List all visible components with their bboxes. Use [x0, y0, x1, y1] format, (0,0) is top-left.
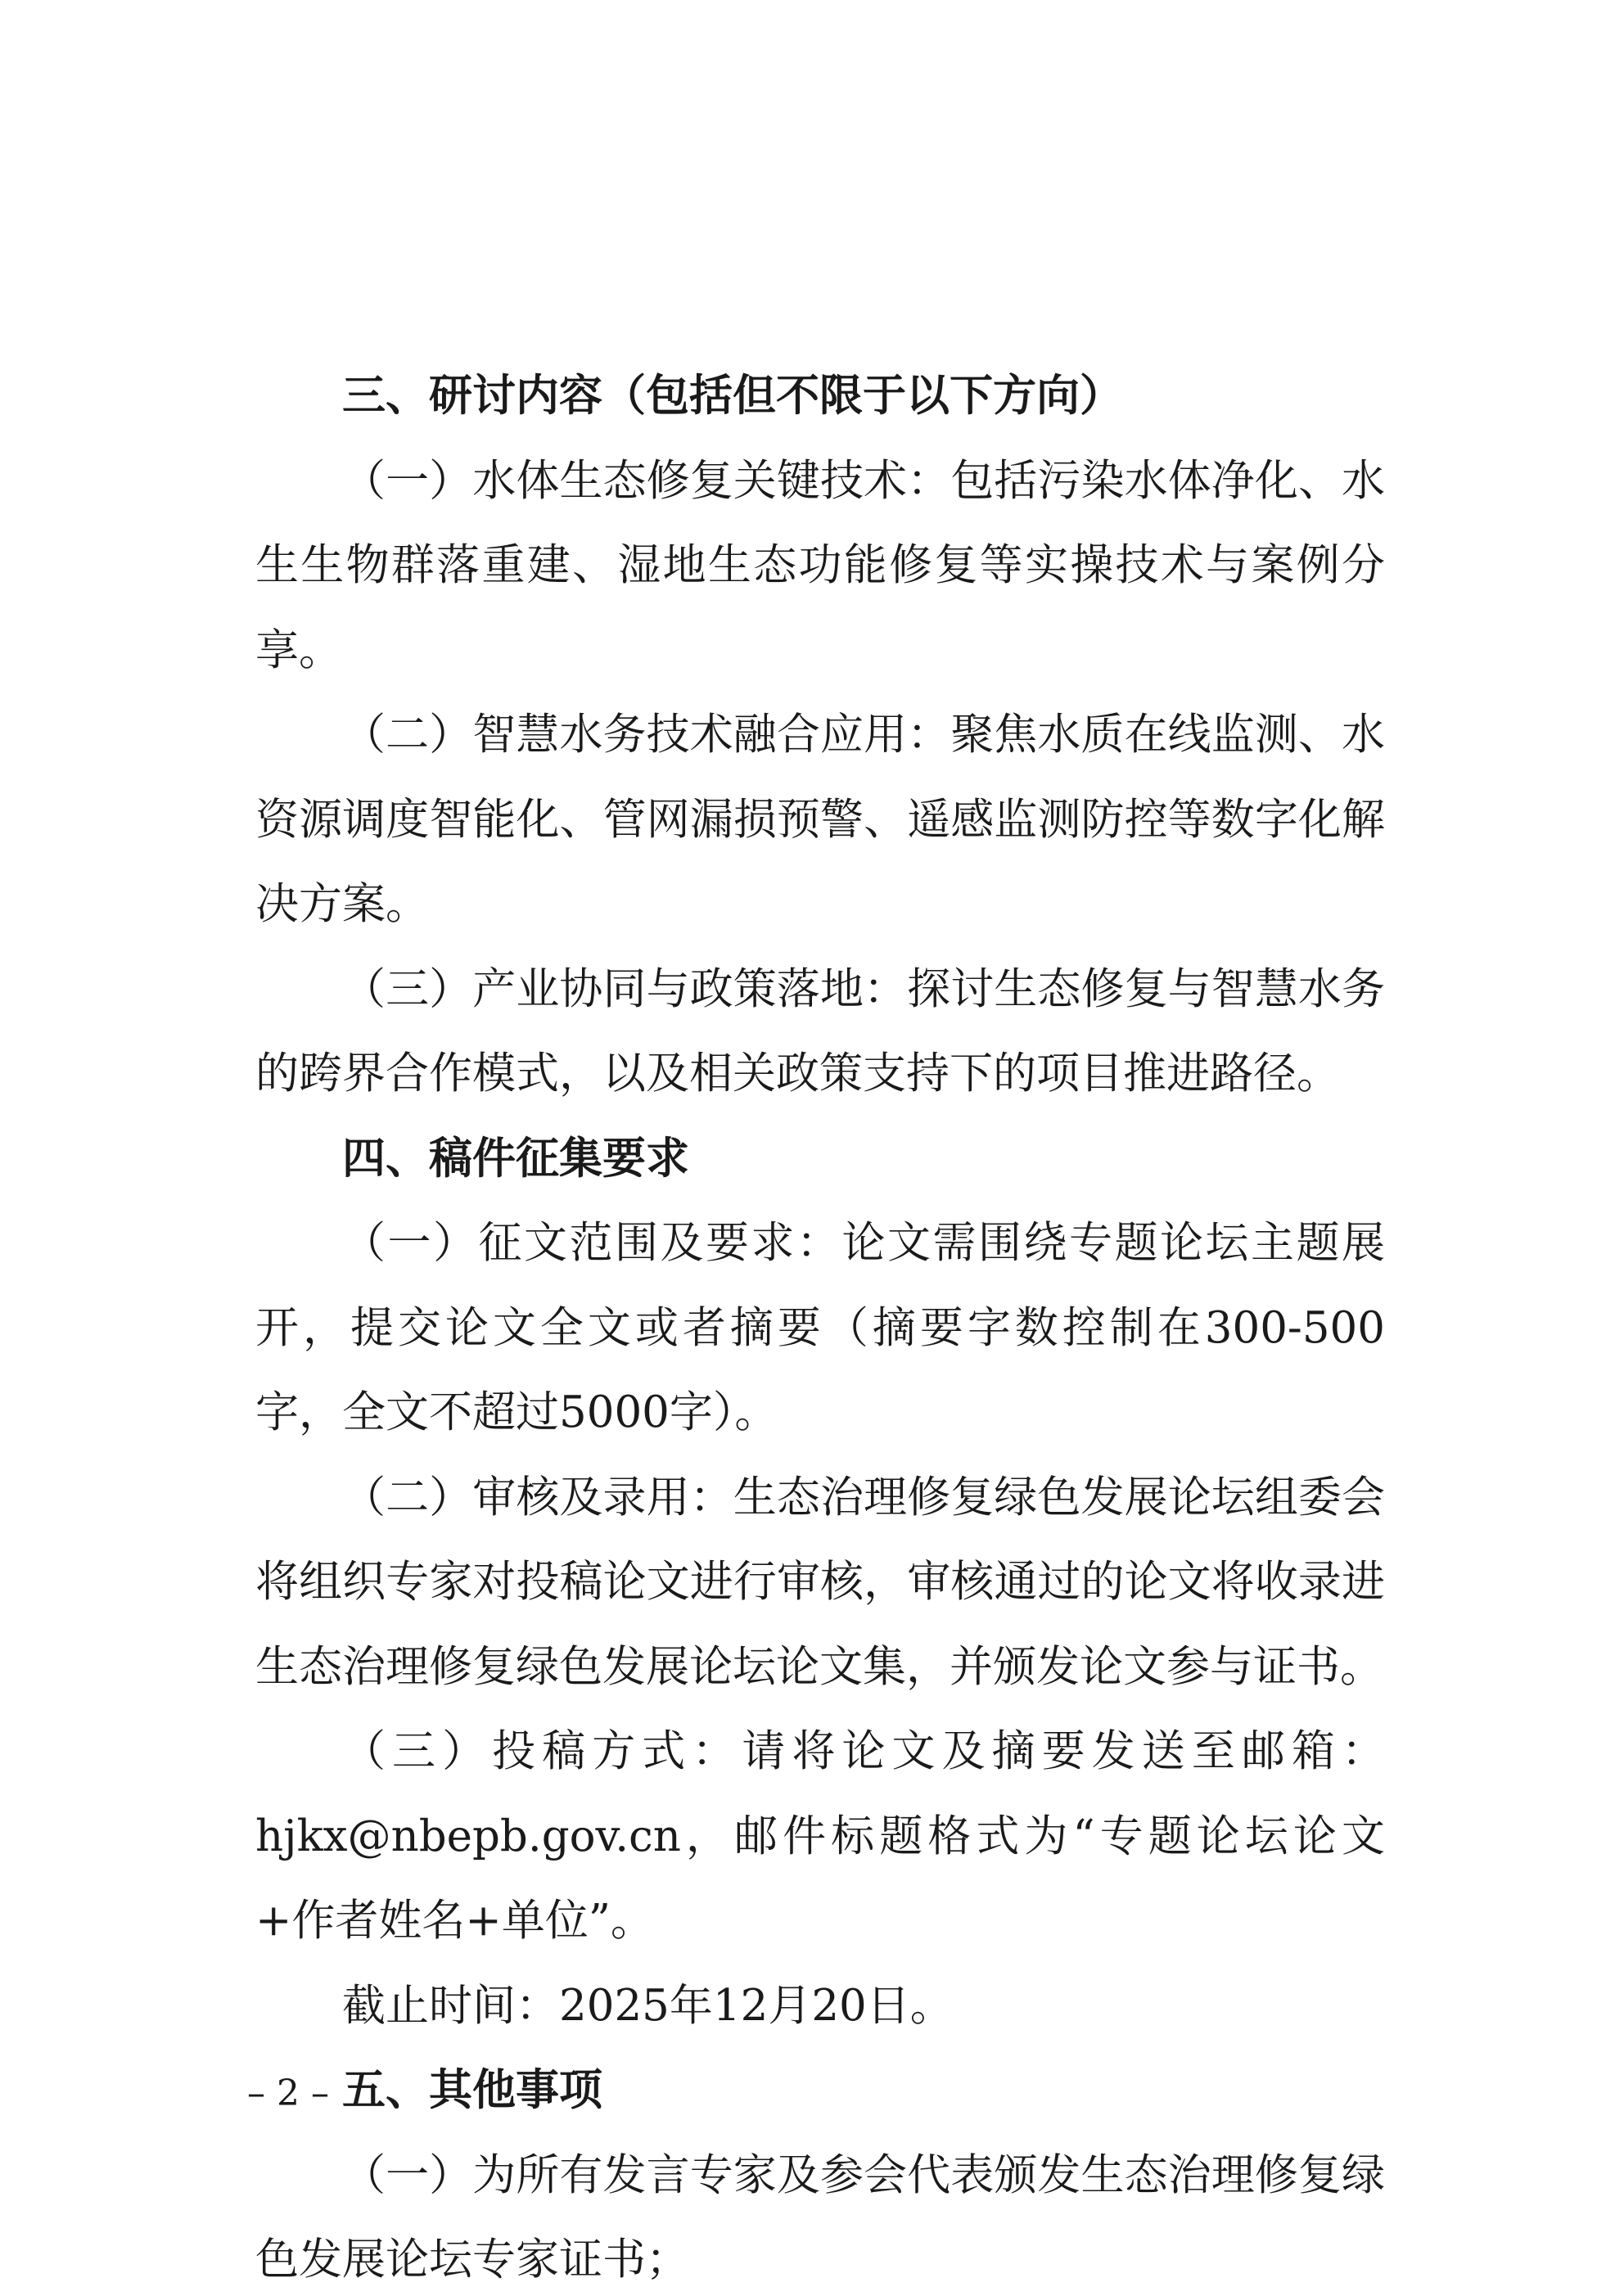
section-heading-other-matters: 五、其他事项 — [255, 2048, 1385, 2133]
paragraph-submission-method: （三）投稿方式：请将论文及摘要发送至邮箱：hjkx@nbepb.gov.cn，邮… — [255, 1709, 1385, 1964]
paragraph-industry-policy: （三）产业协同与政策落地：探讨生态修复与智慧水务的跨界合作模式，以及相关政策支持… — [255, 947, 1385, 1116]
paragraph-scope-requirements: （一）征文范围及要求：论文需围绕专题论坛主题展开，提交论文全文或者摘要（摘要字数… — [255, 1201, 1385, 1455]
page-number: – 2 – — [247, 2073, 329, 2114]
paragraph-smart-water-application: （二）智慧水务技术融合应用：聚焦水质在线监测、水资源调度智能化、管网漏损预警、遥… — [255, 692, 1385, 947]
section-heading-submission-requirements: 四、稿件征集要求 — [255, 1116, 1385, 1202]
paragraph-review-acceptance: （二）审核及录用：生态治理修复绿色发展论坛组委会将组织专家对投稿论文进行审核，审… — [255, 1455, 1385, 1710]
paragraph-water-ecology-restoration: （一）水体生态修复关键技术：包括污染水体净化、水生生物群落重建、湿地生态功能修复… — [255, 439, 1385, 693]
paragraph-deadline: 截止时间：2025年12月20日。 — [255, 1964, 1385, 2049]
section-heading-research-content: 三、研讨内容（包括但不限于以下方向） — [255, 354, 1385, 439]
paragraph-expert-certificate: （一）为所有发言专家及参会代表颁发生态治理修复绿色发展论坛专家证书； — [255, 2133, 1385, 2296]
document-body: 三、研讨内容（包括但不限于以下方向） （一）水体生态修复关键技术：包括污染水体净… — [255, 354, 1385, 2296]
